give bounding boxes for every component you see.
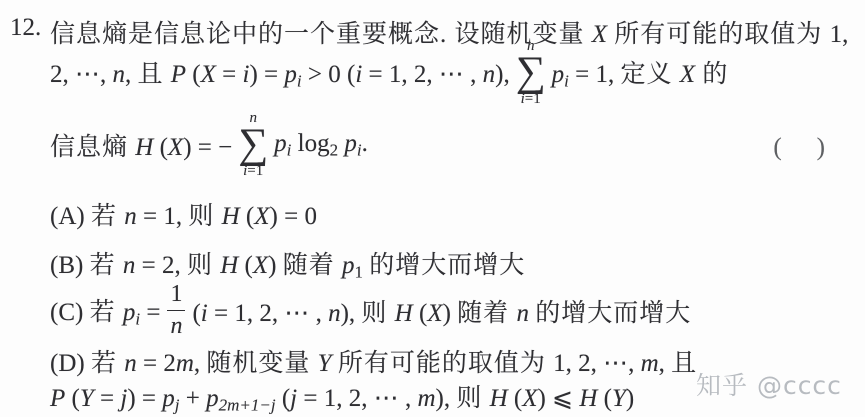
text-run: H <box>135 134 153 161</box>
text-run: H <box>490 385 508 412</box>
text-run: . <box>362 130 368 157</box>
text-run: H <box>222 203 240 230</box>
text-run: X <box>201 61 216 88</box>
text-run: ( <box>186 61 201 88</box>
text-run: = <box>94 385 121 412</box>
text-run: m <box>641 350 659 377</box>
option-b: (B) 若 n = 2, 则 H (X) 随着 p1 的增大而增大 <box>50 245 525 282</box>
text-run: ) = 0 <box>270 203 317 230</box>
zhihu-watermark: 知乎 @cccc <box>696 366 842 402</box>
fraction-denominator: n <box>167 314 185 339</box>
summation-symbol: n ∑ i=1 <box>238 110 268 180</box>
text-run: ) <box>443 300 458 327</box>
text-run: 若 <box>91 350 124 377</box>
text-run: H <box>579 385 597 412</box>
text-run: 所有可能的取值为 <box>338 350 553 377</box>
text-run: ( <box>276 385 291 412</box>
text-run: ( <box>597 385 612 412</box>
text-run: 随着 <box>283 252 342 279</box>
text-run: 信息熵 <box>50 134 135 161</box>
text-run: X <box>168 134 183 161</box>
text-run: 的增大而增大 <box>369 252 525 279</box>
text-run: p <box>274 130 287 157</box>
text-run: ( <box>413 300 428 327</box>
sigma-icon: ∑ <box>238 127 268 163</box>
math-problem-page: 12. 信息熵是信息论中的一个重要概念. 设随机变量 X 所有可能的取值为 1,… <box>0 0 865 417</box>
text-run: 1, <box>830 21 849 48</box>
text-run: n <box>123 252 136 279</box>
text-run: = 2, <box>135 252 187 279</box>
text-run: 2m+1−j <box>219 395 276 414</box>
text-run: ( <box>192 300 200 327</box>
text-run: n <box>516 300 529 327</box>
text-run: = <box>216 61 243 88</box>
problem-number: 12. <box>10 14 41 42</box>
text-run: 且 <box>138 61 171 88</box>
text-run: p <box>206 385 219 412</box>
text-run: ), <box>495 61 510 88</box>
option-a: (A) 若 n = 1, 则 H (X) = 0 <box>50 196 317 232</box>
text-run: , <box>125 61 138 88</box>
text-run: ( <box>153 134 168 161</box>
text-run: ) = − <box>183 134 232 161</box>
text-run: 的 <box>695 61 728 88</box>
text-run: = 1, <box>137 203 189 230</box>
text-run: 的增大而增大 <box>535 300 691 327</box>
text-run: ), <box>341 300 362 327</box>
fraction-numerator: 1 <box>167 282 185 307</box>
text-run: p <box>552 61 565 88</box>
text-run: n <box>328 300 341 327</box>
text-run: 1 <box>354 262 363 281</box>
text-run: H <box>395 300 413 327</box>
sum-lower-limit: i=1 <box>243 163 263 180</box>
question-line-3: 信息熵 H (X) = − n ∑ i=1 pi log2 pi. <box>50 110 368 180</box>
text-run: Y <box>80 385 94 412</box>
text-run: = 2 <box>137 350 176 377</box>
option-c-text-a: (C) 若 pi = <box>50 292 160 329</box>
text-run: ), <box>436 385 457 412</box>
text-run: , <box>194 350 207 377</box>
text-run: X <box>253 252 268 279</box>
text-run: m <box>417 385 435 412</box>
option-d-line-1: (D) 若 n = 2m, 随机变量 Y 所有可能的取值为 1, 2, ⋯, m… <box>50 343 697 379</box>
text-run: (D) <box>50 350 91 377</box>
text-run: n <box>170 313 182 339</box>
sigma-icon: ∑ <box>516 55 546 91</box>
text-run: (C) <box>50 299 90 326</box>
option-c-text-b: (i = 1, 2, ⋯ , n), 则 H (X) 随着 n 的增大而增大 <box>192 293 691 329</box>
text-run: (B) <box>50 252 90 279</box>
text-run: 则 <box>361 300 394 327</box>
text-run: 则 <box>456 385 489 412</box>
text-run: = 1, 2, ⋯ , <box>362 61 482 88</box>
text-run: ( <box>65 385 80 412</box>
text-run: n <box>113 61 126 88</box>
option-d-line-2: P (Y = j) = pj + p2m+1−j (j = 1, 2, ⋯ , … <box>50 378 634 415</box>
text-run: 则 <box>187 252 220 279</box>
fraction: 1 n <box>167 282 185 339</box>
text-run: Y <box>318 350 332 377</box>
line2-text-a: 2, ⋯, n, 且 P (X = i) = pi > 0 (i = 1, 2,… <box>50 54 510 91</box>
text-run: p <box>162 385 175 412</box>
text-run: Y <box>612 385 626 412</box>
text-run: = 1, <box>569 61 621 88</box>
text-run: X <box>680 61 695 88</box>
text-run: n <box>124 350 137 377</box>
text-run: i <box>201 300 208 327</box>
text-run: 若 <box>90 299 123 326</box>
text-run: log <box>291 130 329 157</box>
text-run: P <box>171 61 186 88</box>
text-run: = <box>140 299 160 326</box>
text-run: > 0 ( <box>302 61 356 88</box>
text-run: 若 <box>90 252 123 279</box>
text-run: X <box>522 385 537 412</box>
text-run: ( <box>238 252 253 279</box>
summation-symbol: n ∑ i=1 <box>516 38 546 108</box>
text-run: 1 <box>170 281 182 307</box>
text-run: 随着 <box>457 300 516 327</box>
answer-blank: ( ) <box>773 134 827 162</box>
text-run: 2, ⋯, <box>50 61 113 88</box>
line3-text-b: pi log2 pi. <box>274 130 368 160</box>
text-run: P <box>50 385 65 412</box>
text-run: 则 <box>188 203 221 230</box>
text-run: 定义 <box>621 61 680 88</box>
text-run: ) = <box>249 61 284 88</box>
question-line-2: 2, ⋯, n, 且 P (X = i) = pi > 0 (i = 1, 2,… <box>50 38 728 108</box>
text-run: = 1, 2, ⋯ , <box>297 385 417 412</box>
text-run: = 1, 2, ⋯ , <box>208 300 328 327</box>
text-run: ) <box>268 252 283 279</box>
text-run: 2 <box>330 140 339 159</box>
text-run: + <box>180 385 207 412</box>
text-run: 且 <box>671 350 697 377</box>
text-run: H <box>220 252 238 279</box>
sum-lower-limit: i=1 <box>521 91 541 108</box>
text-run: 若 <box>91 203 124 230</box>
text-run: =1 <box>525 91 541 107</box>
text-run: X <box>254 203 269 230</box>
text-run: ) ⩽ <box>538 385 580 412</box>
text-run: , <box>659 350 672 377</box>
text-run: ( <box>240 203 255 230</box>
text-run: X <box>427 300 442 327</box>
text-run: 随机变量 <box>206 350 317 377</box>
text-run: ) <box>626 385 634 412</box>
text-run: ) = <box>127 385 162 412</box>
line3-text-a: 信息熵 H (X) = − <box>50 127 232 163</box>
text-run: p <box>342 252 355 279</box>
text-run: p <box>344 130 357 157</box>
text-run: =1 <box>247 163 263 179</box>
text-run: 1, 2, ⋯, <box>553 350 641 377</box>
text-run: p <box>123 299 136 326</box>
text-run: (A) <box>50 203 91 230</box>
text-run: p <box>284 61 297 88</box>
fraction-bar <box>167 310 185 311</box>
text-run: n <box>483 61 496 88</box>
text-run: m <box>176 350 194 377</box>
option-c: (C) 若 pi = 1 n (i = 1, 2, ⋯ , n), 则 H (X… <box>50 282 691 339</box>
text-run: ( <box>508 385 523 412</box>
text-run: n <box>124 203 137 230</box>
line2-text-b: pi = 1, 定义 X 的 <box>552 54 729 91</box>
